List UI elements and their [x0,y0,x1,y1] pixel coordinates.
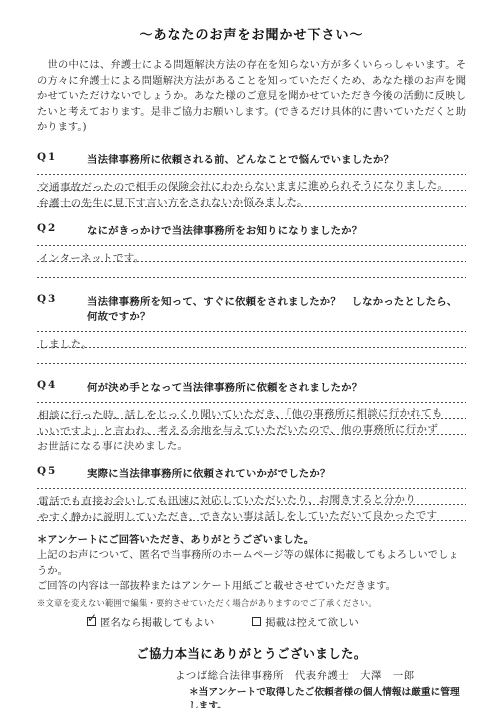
answer-area-q2[interactable]: インターネットです。 [37,244,466,278]
answer-area-q3[interactable]: しました。 [37,330,466,364]
thanks-line: ＊アンケートにご回答いただき、ありがとうございました。 [37,533,466,549]
page-title: 〜あなたのお声をお聞かせ下さい〜 [37,24,466,43]
handwritten-answer: お世話になる事に決めました。 [37,438,189,454]
question-number: Q4 [37,379,87,394]
question-line: Q1 当法律事務所に依頼される前、どんなことで悩んでいましたか？ [37,151,466,166]
checkbox-checked-icon: ✓ [87,617,96,626]
option-no-publish-label: 掲載は控えて欲しい [265,614,359,629]
question-block-q3: Q3 当法律事務所を知って、すぐに依頼をされましたか？ しなかったとしたら、何故… [37,293,466,364]
handwritten-answer: 弁護士の先生に見下す言い方をされないか悩みました。 [38,194,308,211]
answer-line [37,262,466,278]
option-anonymous-ok[interactable]: ✓ 匿名なら掲載してもよい [87,614,214,629]
consent-options: ✓ 匿名なら掲載してもよい 掲載は控えて欲しい [37,614,466,629]
answer-area-q1[interactable]: 交通事故だったので相手の保険会社にわからないままに進められそうになりました。 弁… [37,173,466,207]
publish-question-line: 上記のお声について、匿名で当事務所のホームページ等の媒体に掲載してもよろしいでし… [37,548,466,579]
closing-thanks: ご協力本当にありがとうございました。 [37,644,466,662]
question-block-q1: Q1 当法律事務所に依頼される前、どんなことで悩んでいましたか？ 交通事故だった… [37,151,466,207]
question-number: Q2 [37,222,87,237]
question-text: 当法律事務所に依頼される前、どんなことで悩んでいましたか？ [87,151,466,166]
answer-line: お世話になる事に決めました。 [37,435,466,450]
question-number: Q3 [37,293,87,323]
checkmark-icon: ✓ [87,611,97,625]
option-no-publish[interactable]: 掲載は控えて欲しい [252,614,359,629]
publish-detail-line: ご回答の内容は一部抜粋またはアンケート用紙ごと載せさせていただきます。 [37,579,466,595]
edit-note: ※文章を変えない範囲で編集・要約させていただく場合がありますのでご了承ください。 [37,597,466,609]
question-number: Q5 [37,465,87,480]
answer-line: いいですよ」と言われ、考える余地を与えていただいたので、他の事務所に行かず [37,419,466,435]
office-signature: よつば総合法律事務所 代表弁護士 大澤 一郎 [37,667,466,682]
handwritten-answer: やすく静かに説明していただき、できない事は話しをしていただいて良かったです [38,507,437,524]
questionnaire-page: 〜あなたのお声をお聞かせ下さい〜 世の中には、弁護士による問題解決方法の存在を知… [0,0,500,708]
question-number: Q1 [37,151,87,166]
answer-line: インターネットです。 [37,246,466,262]
answer-area-q5[interactable]: 電話でも直接お会いしても迅速に対応していただいたり、お聞きすると分かり やすく静… [37,487,466,521]
question-text: 当法律事務所を知って、すぐに依頼をされましたか？ しなかったとしたら、何故ですか… [87,293,466,323]
answer-line: 交通事故だったので相手の保険会社にわからないままに進められそうになりました。 [37,175,466,191]
checkbox-unchecked-icon [252,617,261,626]
question-block-q5: Q5 実際に当法律事務所に依頼されていかがでしたか？ 電話でも直接お会いしても迅… [37,465,466,521]
answer-area-q4[interactable]: 相談に行った時、話しをじっくり聞いていただき、「他の事務所に相談に行かれても い… [37,401,466,450]
question-line: Q3 当法律事務所を知って、すぐに依頼をされましたか？ しなかったとしたら、何故… [37,293,466,323]
answer-line: 弁護士の先生に見下す言い方をされないか悩みました。 [37,191,466,207]
question-block-q4: Q4 何が決め手となって当法律事務所に依頼をされましたか？ 相談に行った時、話し… [37,379,466,450]
question-line: Q4 何が決め手となって当法律事務所に依頼をされましたか？ [37,379,466,394]
answer-line: 相談に行った時、話しをじっくり聞いていただき、「他の事務所に相談に行かれても [37,403,466,419]
answer-line: しました。 [37,332,466,348]
question-text: 何が決め手となって当法律事務所に依頼をされましたか？ [87,379,466,394]
question-text: 実際に当法律事務所に依頼されていかがでしたか？ [87,465,466,480]
question-block-q2: Q2 なにがきっかけで当法律事務所をお知りになりましたか？ インターネットです。 [37,222,466,278]
answer-line: 電話でも直接お会いしても迅速に対応していただいたり、お聞きすると分かり [37,489,466,505]
question-text: なにがきっかけで当法律事務所をお知りになりましたか？ [87,222,466,237]
consent-section: ＊アンケートにご回答いただき、ありがとうございました。 上記のお声について、匿名… [37,533,466,629]
privacy-note: ＊当アンケートで取得したご依頼者様の個人情報は厳重に管理します。 [37,684,466,708]
question-line: Q2 なにがきっかけで当法律事務所をお知りになりましたか？ [37,222,466,237]
intro-paragraph: 世の中には、弁護士による問題解決方法の存在を知らない方が多くいらっしゃいます。そ… [37,58,466,136]
answer-line [37,348,466,364]
option-anonymous-ok-label: 匿名なら掲載してもよい [100,614,214,629]
answer-line: やすく静かに説明していただき、できない事は話しをしていただいて良かったです [37,505,466,521]
question-line: Q5 実際に当法律事務所に依頼されていかがでしたか？ [37,465,466,480]
